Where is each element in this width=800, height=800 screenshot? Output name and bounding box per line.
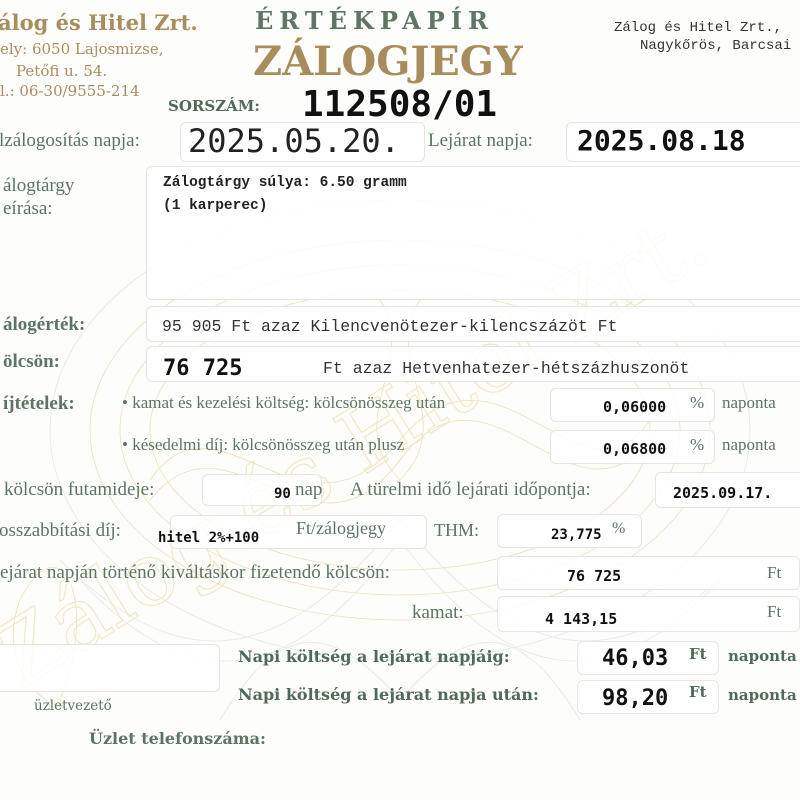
company-address-line2: Petőfi u. 54. [16, 62, 107, 80]
redemption-loan-field [497, 556, 800, 590]
company-name: álog és Hitel Zrt. [0, 10, 198, 35]
branch-line2: Nagykőrös, Barcsai [640, 38, 791, 54]
item-label-line1: álogtárgy [3, 175, 74, 197]
grace-date-value: 2025.09.17. [673, 484, 772, 502]
term-value: 90 [274, 486, 291, 502]
pledge-value-text: 95 905 Ft azaz Kilencvenötezer-kilencszá… [162, 317, 617, 336]
pledge-date-label: lzálogosítás napja: [0, 130, 140, 152]
thm-label: THM: [434, 520, 479, 541]
item-desc-line2: (1 karperec) [163, 198, 267, 214]
late-fee-value: 0,06800 [603, 440, 666, 458]
item-label-line2: eírása: [3, 198, 53, 220]
redemption-interest-label: kamat: [412, 602, 464, 624]
title-top: ÉRTÉKPAPÍR [255, 6, 494, 35]
loan-label: ölcsön: [3, 351, 60, 373]
fees-label: íjtételek: [3, 393, 75, 415]
interest-rate-value: 0,06000 [603, 398, 666, 416]
company-phone: l.: 06-30/9555-214 [0, 82, 140, 100]
daily-cost-until-label: Napi költség a lejárat napjáig: [238, 647, 510, 666]
loan-words: Ft azaz Hetvenhatezer-hétszázhuszonöt [323, 359, 689, 378]
redemption-loan-value: 76 725 [567, 567, 621, 585]
daily-cost-after-currency: Ft [689, 683, 707, 701]
extension-fee-label: osszabbítási díj: [0, 520, 121, 542]
term-unit: nap [295, 479, 322, 501]
redemption-interest-value: 4 143,15 [545, 610, 617, 628]
daily-cost-until-value: 46,03 [602, 646, 668, 671]
loan-amount: 76 725 [163, 356, 242, 381]
thm-value: 23,775 [551, 527, 602, 543]
late-fee-per-day: naponta [722, 435, 776, 455]
daily-cost-after-label: Napi költség a lejárat napja után: [238, 685, 539, 704]
daily-cost-after-value: 98,20 [602, 686, 668, 711]
serial-label: SORSZÁM: [168, 97, 260, 115]
redemption-loan-currency: Ft [767, 563, 781, 583]
grace-label: A türelmi idő lejárati időpontja: [350, 479, 591, 501]
serial-number: 112508/01 [302, 84, 497, 125]
redemption-interest-currency: Ft [767, 602, 781, 622]
expiry-date-value: 2025.08.18 [577, 124, 746, 157]
interest-fee-label: • kamat és kezelési költség: kölcsönössz… [122, 393, 445, 413]
extension-fee-unit: Ft/zálogjegy [296, 518, 386, 539]
redemption-label: ejárat napján történő kiváltáskor fizete… [0, 562, 390, 584]
extension-fee-value: hitel 2%+100 [158, 530, 259, 546]
manager-label: üzletvezető [34, 698, 112, 714]
daily-cost-after-per-day: naponta [728, 686, 797, 704]
interest-percent: % [690, 393, 704, 413]
thm-unit: % [612, 520, 625, 538]
term-label: kölcsön futamideje: [4, 479, 154, 501]
redemption-interest-field [497, 596, 800, 632]
daily-cost-until-per-day: naponta [728, 647, 797, 665]
item-desc-line1: Zálogtárgy súlya: 6.50 gramm [163, 175, 407, 191]
branch-line1: Zálog és Hitel Zrt., [614, 20, 782, 36]
shop-phone-label: Üzlet telefonszáma: [89, 729, 266, 748]
late-fee-percent: % [690, 435, 704, 455]
interest-per-day: naponta [722, 393, 776, 413]
late-fee-label: • késedelmi díj: kölcsönösszeg után plus… [122, 435, 404, 455]
signature-field [0, 644, 220, 692]
expiry-date-label: Lejárat napja: [428, 130, 533, 152]
pledge-date-value: 2025.05.20. [188, 122, 400, 160]
title-main: ZÁLOGJEGY [253, 38, 523, 85]
company-address-line1: ely: 6050 Lajosmizse, [0, 40, 163, 58]
daily-cost-until-currency: Ft [689, 645, 707, 663]
pledge-value-label: álogérték: [3, 314, 85, 336]
